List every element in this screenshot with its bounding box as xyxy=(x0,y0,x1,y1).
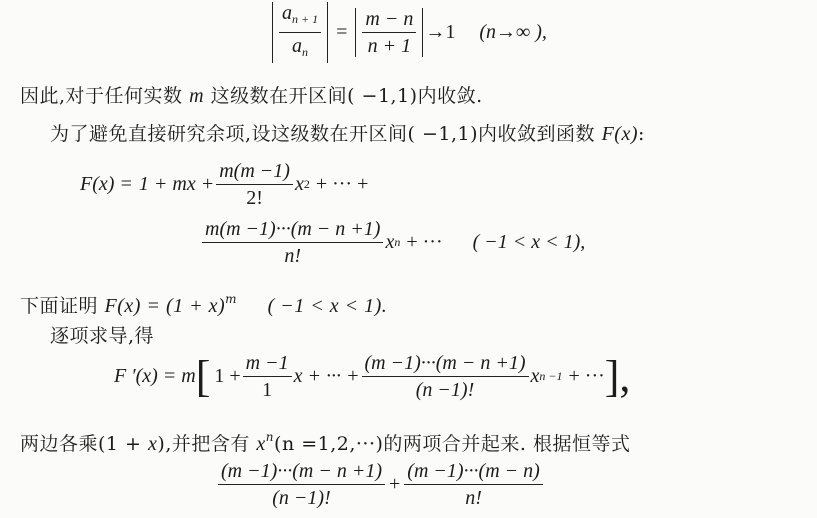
exponent: n xyxy=(394,235,400,250)
formula: F(x) = (1 + x) xyxy=(105,295,226,317)
plus-sign: + xyxy=(389,473,400,496)
close-bracket: ], xyxy=(605,355,631,399)
exponent: n xyxy=(266,430,274,444)
terms: 1 + mx + xyxy=(139,173,214,196)
function-F: F(x) xyxy=(602,123,638,145)
fraction-term2: m(m −1) 2! xyxy=(216,160,293,209)
numerator: m −1 xyxy=(243,352,292,377)
variable-m: m xyxy=(189,85,204,107)
denominator: a xyxy=(292,35,302,57)
limit-condition: (n→∞ ), xyxy=(479,21,547,44)
ratio-equation: an + 1 an = m − n n + 1 →1 (n→∞ ), xyxy=(272,2,547,63)
fraction-a-ratio: an + 1 an xyxy=(279,2,321,63)
paragraph-assumption: 为了避免直接研究余项,设这级数在开区间( −1,1)内收敛到函数 F(x): xyxy=(50,122,645,146)
fraction-term1: m −1 1 xyxy=(243,352,292,401)
ellipsis: + ··· xyxy=(406,231,442,254)
text: 两边各乘(1 + xyxy=(20,433,148,455)
numerator: m(m −1) xyxy=(216,160,293,185)
ellipsis: + ··· + xyxy=(316,173,369,196)
abs-ratio-rhs: m − n n + 1 xyxy=(355,8,423,57)
fraction-left: (m −1)···(m − n +1) (n −1)! xyxy=(218,460,385,509)
exponent: m xyxy=(225,292,237,306)
abs-ratio-lhs: an + 1 an xyxy=(272,2,328,63)
text: 因此,对于任何实数 xyxy=(20,85,189,107)
middle-terms: x + ··· + xyxy=(294,365,360,388)
text: : xyxy=(638,123,645,145)
lhs: F(x) = xyxy=(80,173,133,196)
x-power: x xyxy=(531,365,540,388)
numerator: (m −1)···(m − n +1) xyxy=(362,352,529,377)
denominator: 2! xyxy=(243,185,266,209)
x-power: x xyxy=(256,433,265,455)
paragraph-to-prove: 下面证明 F(x) = (1 + x)m ( −1 < x < 1). xyxy=(20,287,387,318)
text: ),并把含有 xyxy=(157,433,256,455)
paragraph-differentiate: 逐项求导,得 xyxy=(50,324,154,348)
text: 为了避免直接研究余项,设这级数在开区间( −1,1)内收敛到函数 xyxy=(50,123,602,145)
series-equation-line1: F(x) = 1 + mx + m(m −1) 2! x2 + ··· + xyxy=(80,160,368,209)
term-one: 1 + xyxy=(214,365,240,388)
denominator: n! xyxy=(281,243,304,267)
fraction-right: (m −1)···(m − n) n! xyxy=(404,460,543,509)
x-power: x xyxy=(295,173,304,196)
lhs: F ′(x) = m xyxy=(114,365,196,388)
series-equation-line2: m(m −1)···(m − n +1) n! xn + ··· ( −1 < … xyxy=(200,218,585,267)
denominator: n! xyxy=(462,485,485,509)
variable-x: x xyxy=(148,433,157,455)
paragraph-multiply: 两边各乘(1 + x),并把含有 xn(n =1,2,···)的两项合并起来. … xyxy=(20,425,631,456)
open-bracket: [ xyxy=(196,355,211,399)
subscript: n xyxy=(302,45,308,59)
denominator: (n −1)! xyxy=(413,377,477,401)
denominator: (n −1)! xyxy=(269,485,333,509)
text: (n =1,2,···)的两项合并起来. 根据恒等式 xyxy=(274,433,630,455)
numerator: m(m −1)···(m − n +1) xyxy=(202,218,383,243)
equals-sign: = xyxy=(336,21,347,44)
domain-condition: ( −1 < x < 1). xyxy=(268,295,388,317)
domain-condition: ( −1 < x < 1), xyxy=(473,231,586,254)
derivative-equation: F ′(x) = m [ 1 + m −1 1 x + ··· + (m −1)… xyxy=(114,352,630,401)
numerator: m − n xyxy=(362,8,416,33)
paragraph-convergence: 因此,对于任何实数 m 这级数在开区间( −1,1)内收敛. xyxy=(20,84,483,108)
fraction-m-n: m − n n + 1 xyxy=(362,8,416,57)
identity-equation: (m −1)···(m − n +1) (n −1)! + (m −1)···(… xyxy=(216,460,545,509)
text: 这级数在开区间( −1,1)内收敛. xyxy=(204,85,483,107)
document-page: an + 1 an = m − n n + 1 →1 (n→∞ ), 因此,对于… xyxy=(0,0,817,518)
numerator: a xyxy=(282,2,292,24)
x-power: x xyxy=(385,231,394,254)
exponent: n −1 xyxy=(539,369,562,384)
fraction-general-term: m(m −1)···(m − n +1) n! xyxy=(202,218,383,267)
text: 下面证明 xyxy=(20,295,105,317)
denominator: 1 xyxy=(259,377,275,401)
ellipsis: + ··· xyxy=(569,365,605,388)
subscript: n + 1 xyxy=(292,12,318,26)
numerator: (m −1)···(m − n +1) xyxy=(218,460,385,485)
limit-value: →1 xyxy=(425,21,455,44)
denominator: n + 1 xyxy=(365,33,415,57)
exponent: 2 xyxy=(304,177,310,192)
numerator: (m −1)···(m − n) xyxy=(404,460,543,485)
fraction-general-term: (m −1)···(m − n +1) (n −1)! xyxy=(362,352,529,401)
